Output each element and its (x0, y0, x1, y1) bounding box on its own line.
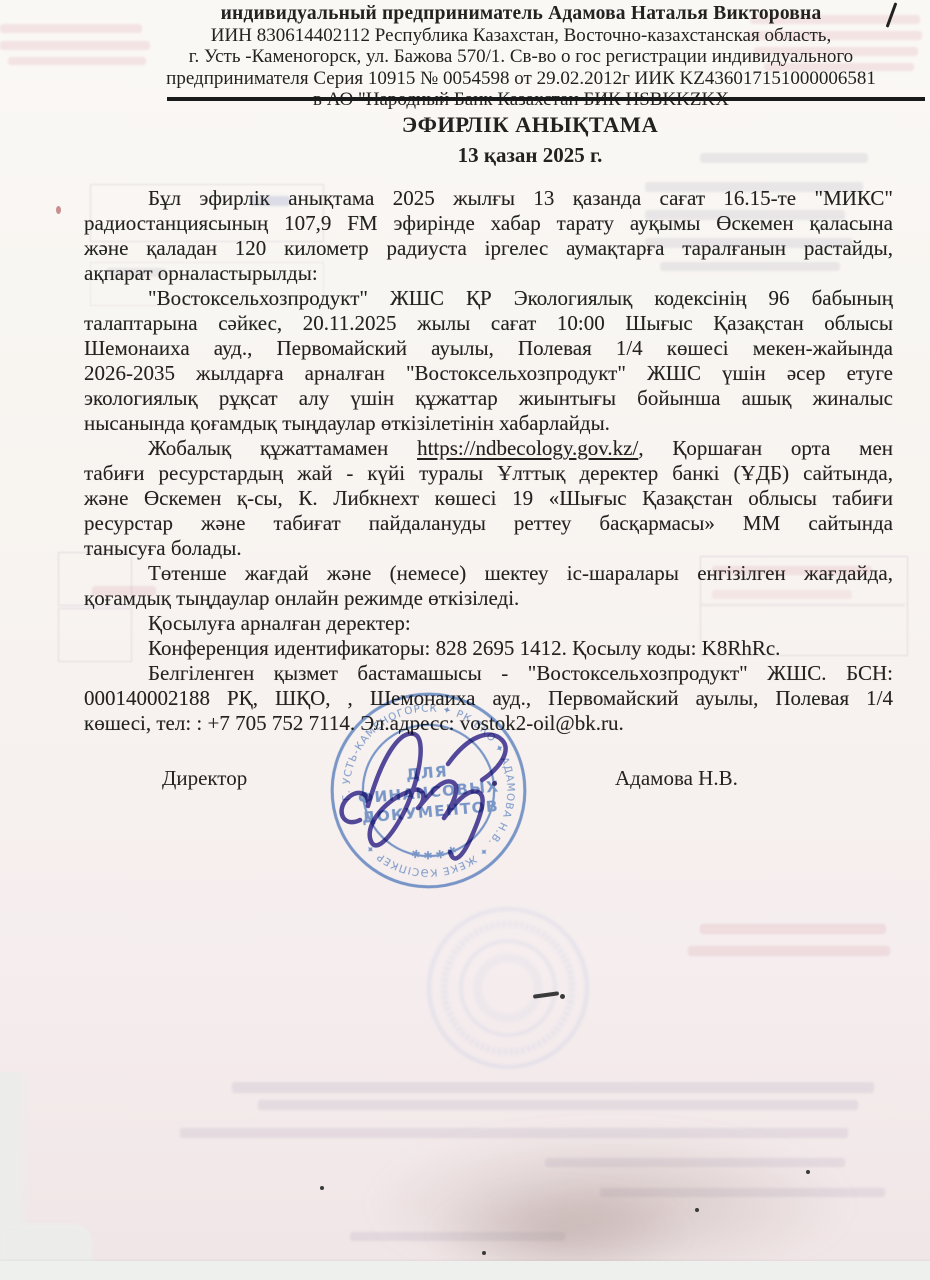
bleedthrough-text-row (258, 1100, 858, 1110)
body-line: ақпарат орналастырылды: (84, 261, 893, 286)
letterhead-divider (167, 97, 925, 101)
body-line: радиостанциясының 107,9 FM эфирінде хаба… (84, 211, 893, 236)
letterhead: индивидуальный предприниматель Адамова Н… (115, 3, 927, 111)
body-line: қоғамдық тыңдаулар онлайн режимде өткізі… (84, 586, 893, 611)
paragraph-5: Қосылуға арналған деректер: (84, 611, 893, 636)
project-docs-url: https://ndbecology.gov.kz/ (417, 436, 638, 460)
body-line: танысуға болады. (84, 536, 893, 561)
body-line: "Востоксельхозпродукт" ЖШС ҚР Экологиялы… (84, 286, 893, 311)
ghost-stamp (408, 888, 607, 1087)
ink-speck (695, 1208, 699, 1212)
ink-speck (560, 994, 565, 999)
ink-speck (482, 1251, 486, 1255)
body-line: Төтенше жағдай және (немесе) шектеу іс-ш… (84, 561, 893, 586)
letterhead-line: предпринимателя Серия 10915 № 0054598 от… (115, 68, 927, 90)
signatory-role: Директор (162, 766, 247, 791)
ink-speck (56, 206, 61, 214)
title-block: ЭФИРЛІК АНЫҚТАМА 13 қазан 2025 г. (100, 112, 930, 168)
body-line: Бұл эфирлік анықтама 2025 жылғы 13 қазан… (84, 186, 893, 211)
scanned-document-page: индивидуальный предприниматель Адамова Н… (0, 0, 930, 1280)
signatory-name: Адамова Н.В. (615, 766, 738, 791)
paragraph-3: Жобалық құжаттамамен https://ndbecology.… (84, 436, 893, 561)
scanner-edge-corner (0, 1224, 92, 1264)
body-line: талаптарына сәйкес, 20.11.2025 жылы саға… (84, 311, 893, 336)
body-text: Жобалық құжаттамамен (148, 436, 417, 460)
body-line: Жобалық құжаттамамен https://ndbecology.… (84, 436, 893, 461)
document-date: 13 қазан 2025 г. (100, 143, 930, 168)
body-line: Қосылуға арналған деректер: (84, 611, 893, 636)
ink-speck (492, 781, 497, 786)
body-line: экологиялық рұқсат алу үшін құжаттар жиы… (84, 386, 893, 411)
document-title: ЭФИРЛІК АНЫҚТАМА (100, 112, 930, 138)
body-line: табиғи ресурстардың жай - күйі туралы Ұл… (84, 461, 893, 486)
body-line: нысанында қоғамдық тыңдаулар өткізілетін… (84, 411, 893, 436)
body-line: ресурстар және табиғат пайдалануды ретте… (84, 511, 893, 536)
body-line: Шемонаиха ауд., Первомайский ауылы, Поле… (84, 336, 893, 361)
paragraph-2: "Востоксельхозпродукт" ЖШС ҚР Экологиялы… (84, 286, 893, 436)
letterhead-line: индивидуальный предприниматель Адамова Н… (115, 3, 927, 25)
bleedthrough-text-row (700, 924, 886, 934)
body-text: , Қоршаған орта мен (638, 436, 893, 460)
body-line: Конференция идентификаторы: 828 2695 141… (84, 636, 893, 661)
body-line: және қаладан 120 километр радиуста іргел… (84, 236, 893, 261)
handwritten-signature (330, 700, 590, 890)
ink-speck (320, 1186, 324, 1190)
paragraph-6: Конференция идентификаторы: 828 2695 141… (84, 636, 893, 661)
paragraph-1: Бұл эфирлік анықтама 2025 жылғы 13 қазан… (84, 186, 893, 286)
letterhead-line: г. Усть -Каменогорск, ул. Бажова 570/1. … (115, 46, 927, 68)
scanner-edge-bottom (0, 1261, 930, 1280)
body-line: және Өскемен қ-сы, К. Либкнехт көшесі 19… (84, 486, 893, 511)
bleedthrough-text-row (688, 946, 890, 956)
ink-speck (806, 1170, 810, 1174)
paragraph-4: Төтенше жағдай және (немесе) шектеу іс-ш… (84, 561, 893, 611)
body-line: 2026-2035 жылдарға арналған "Востоксельх… (84, 361, 893, 386)
letterhead-line: ИИН 830614402112 Республика Казахстан, В… (115, 25, 927, 47)
document-body: Бұл эфирлік анықтама 2025 жылғы 13 қазан… (84, 186, 893, 736)
